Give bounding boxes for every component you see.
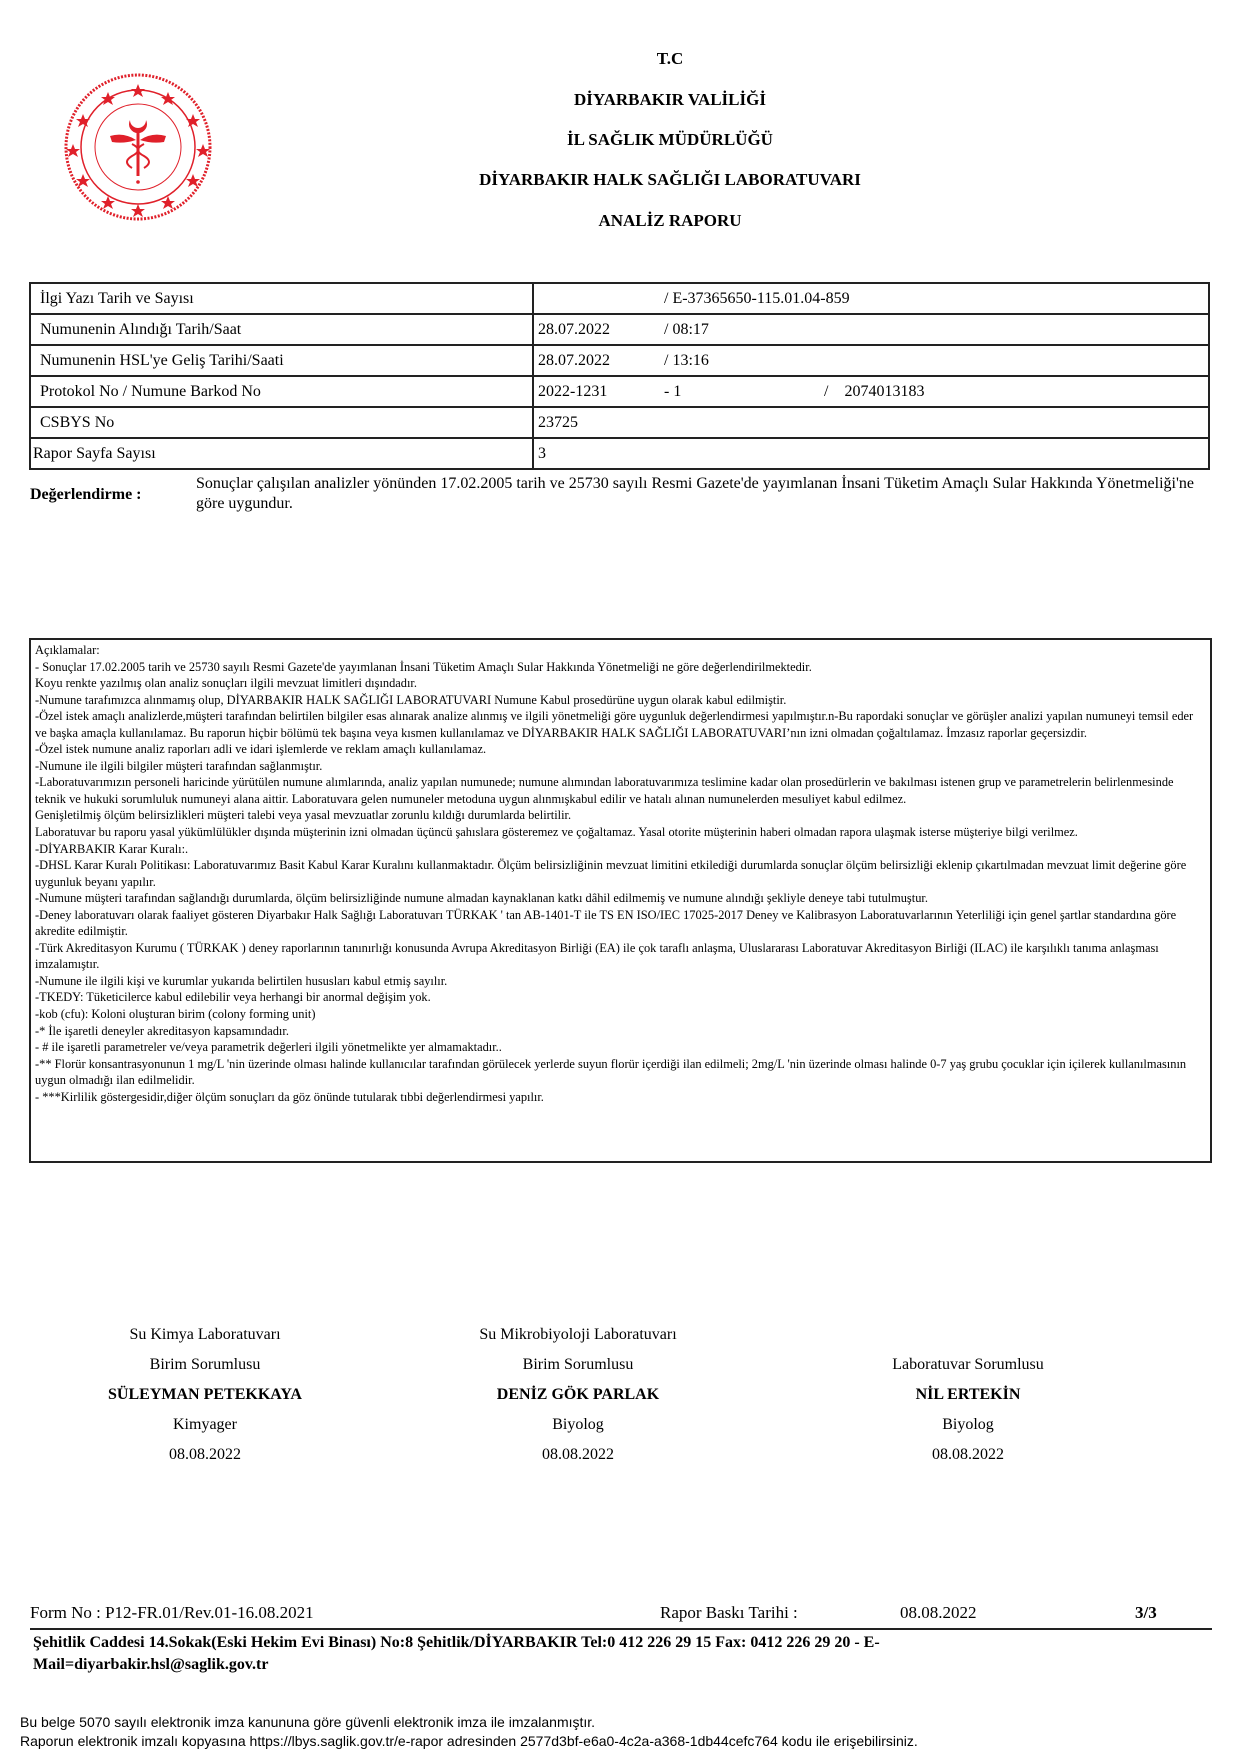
table-row: Numunenin Alındığı Tarih/Saat 28.07.2022… (30, 314, 1209, 345)
table-row: CSBYS No 23725 (30, 407, 1209, 438)
explanation-item: -TKEDY: Tüketicilerce kabul edilebilir v… (35, 989, 1206, 1006)
sample-date: 28.07.2022 (538, 321, 610, 339)
arrival-time: / 13:16 (664, 352, 709, 370)
e-signature-notice: Bu belge 5070 sayılı elektronik imza kan… (20, 1713, 1230, 1751)
explanation-item: -Deney laboratuvarı olarak faaliyet göst… (35, 907, 1206, 940)
row-value: 3 (533, 438, 1209, 469)
protocol-number: 2022-1231 (538, 383, 607, 401)
ministry-seal-logo (48, 72, 228, 222)
header-tc: T.C (330, 44, 1010, 74)
signature-microbiology: Su Mikrobiyoloji Laboratuvarı Birim Soru… (428, 1320, 728, 1470)
e-signature-line1: Bu belge 5070 sayılı elektronik imza kan… (20, 1713, 1230, 1732)
protocol-suffix: - 1 (664, 383, 681, 401)
row-value: 23725 (533, 407, 1209, 438)
signature-lab-manager: Laboratuvar Sorumlusu NİL ERTEKİN Biyolo… (818, 1350, 1118, 1470)
row-label: Protokol No / Numune Barkod No (30, 376, 533, 407)
table-row: Protokol No / Numune Barkod No 2022-1231… (30, 376, 1209, 407)
row-label: Numunenin HSL'ye Geliş Tarihi/Saati (30, 345, 533, 376)
row-value: 28.07.2022 / 08:17 (533, 314, 1209, 345)
table-row: İlgi Yazı Tarih ve Sayısı / E-37365650-1… (30, 283, 1209, 314)
explanation-item: Genişletilmiş ölçüm belirsizlikleri müşt… (35, 807, 1206, 824)
explanation-item: -Türk Akreditasyon Kurumu ( TÜRKAK ) den… (35, 940, 1206, 973)
explanation-item: -Numune ile ilgili kişi ve kurumlar yuka… (35, 973, 1206, 990)
row-label: İlgi Yazı Tarih ve Sayısı (30, 283, 533, 314)
arrival-date: 28.07.2022 (538, 352, 610, 370)
reference-number: / E-37365650-115.01.04-859 (664, 290, 850, 308)
signature-name: SÜLEYMAN PETEKKAYA (55, 1380, 355, 1410)
signature-unit: Su Kimya Laboratuvarı (55, 1320, 355, 1350)
header-governorate: DİYARBAKIR VALİLİĞİ (330, 85, 1010, 115)
page-indicator: 3/3 (1135, 1603, 1157, 1623)
signature-chemistry: Su Kimya Laboratuvarı Birim Sorumlusu SÜ… (55, 1320, 355, 1470)
csbys-number: 23725 (538, 414, 578, 432)
explanation-item: - # ile işaretli parametreler ve/veya pa… (35, 1039, 1206, 1056)
explanation-item: -Özel istek amaçlı analizlerde,müşteri t… (35, 708, 1206, 741)
explanation-item: -DİYARBAKIR Karar Kuralı:. (35, 841, 1206, 858)
explanation-item: -Numune tarafımızca alınmamış olup, DİYA… (35, 692, 1206, 709)
explanations-heading: Açıklamalar: (35, 642, 1206, 659)
row-value: 28.07.2022 / 13:16 (533, 345, 1209, 376)
sample-time: / 08:17 (664, 321, 709, 339)
signature-name: DENİZ GÖK PARLAK (428, 1380, 728, 1410)
sample-info-table: İlgi Yazı Tarih ve Sayısı / E-37365650-1… (29, 282, 1210, 470)
print-date-label: Rapor Baskı Tarihi : (660, 1603, 798, 1623)
barcode-number: / 2074013183 (824, 383, 924, 401)
explanation-item: -Numune ile ilgili bilgiler müşteri tara… (35, 758, 1206, 775)
footer-address: Şehitlik Caddesi 14.Sokak(Eski Hekim Evi… (33, 1632, 1093, 1676)
header-directorate: İL SAĞLIK MÜDÜRLÜĞÜ (330, 125, 1010, 155)
row-label: Rapor Sayfa Sayısı (30, 438, 533, 469)
explanation-item: -Özel istek numune analiz raporları adli… (35, 741, 1206, 758)
explanations-box: Açıklamalar:- Sonuçlar 17.02.2005 tarih … (29, 638, 1212, 1163)
row-value: 2022-1231 - 1 / 2074013183 (533, 376, 1209, 407)
evaluation-label: Değerlendirme : (30, 486, 142, 504)
signature-date: 08.08.2022 (428, 1440, 728, 1470)
signature-name: NİL ERTEKİN (818, 1380, 1118, 1410)
signature-title: Kimyager (55, 1410, 355, 1440)
row-value: / E-37365650-115.01.04-859 (533, 283, 1209, 314)
signature-title: Biyolog (818, 1410, 1118, 1440)
footer-divider (30, 1628, 1212, 1630)
signature-date: 08.08.2022 (818, 1440, 1118, 1470)
evaluation-text: Sonuçlar çalışılan analizler yönünden 17… (196, 474, 1206, 514)
signature-title: Biyolog (428, 1410, 728, 1440)
explanation-item: Koyu renkte yazılmış olan analiz sonuçla… (35, 675, 1206, 692)
explanation-item: -** Florür konsantrasyonunun 1 mg/L 'nin… (35, 1056, 1206, 1089)
signature-role: Laboratuvar Sorumlusu (818, 1350, 1118, 1380)
ministry-of-health-seal-icon (48, 72, 228, 222)
page-count: 3 (538, 445, 546, 463)
explanation-item: -kob (cfu): Koloni oluşturan birim (colo… (35, 1006, 1206, 1023)
print-date: 08.08.2022 (900, 1603, 977, 1623)
explanation-item: -DHSL Karar Kuralı Politikası: Laboratuv… (35, 857, 1206, 890)
signature-unit: Su Mikrobiyoloji Laboratuvarı (428, 1320, 728, 1350)
form-number: Form No : P12-FR.01/Rev.01-16.08.2021 (30, 1603, 314, 1623)
signature-date: 08.08.2022 (55, 1440, 355, 1470)
signature-role: Birim Sorumlusu (428, 1350, 728, 1380)
explanation-item: -* İle işaretli deneyler akreditasyon ka… (35, 1023, 1206, 1040)
page-title: ANALİZ RAPORU (330, 206, 1010, 236)
table-row: Numunenin HSL'ye Geliş Tarihi/Saati 28.0… (30, 345, 1209, 376)
table-row: Rapor Sayfa Sayısı 3 (30, 438, 1209, 469)
explanation-item: -Numune müşteri tarafından sağlandığı du… (35, 890, 1206, 907)
explanation-item: - Sonuçlar 17.02.2005 tarih ve 25730 say… (35, 659, 1206, 676)
explanation-item: - ***Kirlilik göstergesidir,diğer ölçüm … (35, 1089, 1206, 1106)
footer-meta: Form No : P12-FR.01/Rev.01-16.08.2021 Ra… (30, 1603, 1212, 1627)
explanation-item: Laboratuvar bu raporu yasal yükümlülükle… (35, 824, 1206, 841)
e-signature-line2: Raporun elektronik imzalı kopyasına http… (20, 1732, 1230, 1751)
signature-role: Birim Sorumlusu (55, 1350, 355, 1380)
explanation-item: -Laboratuvarımızın personeli haricinde y… (35, 774, 1206, 807)
row-label: Numunenin Alındığı Tarih/Saat (30, 314, 533, 345)
row-label: CSBYS No (30, 407, 533, 438)
header-laboratory: DİYARBAKIR HALK SAĞLIĞI LABORATUVARI (330, 165, 1010, 195)
